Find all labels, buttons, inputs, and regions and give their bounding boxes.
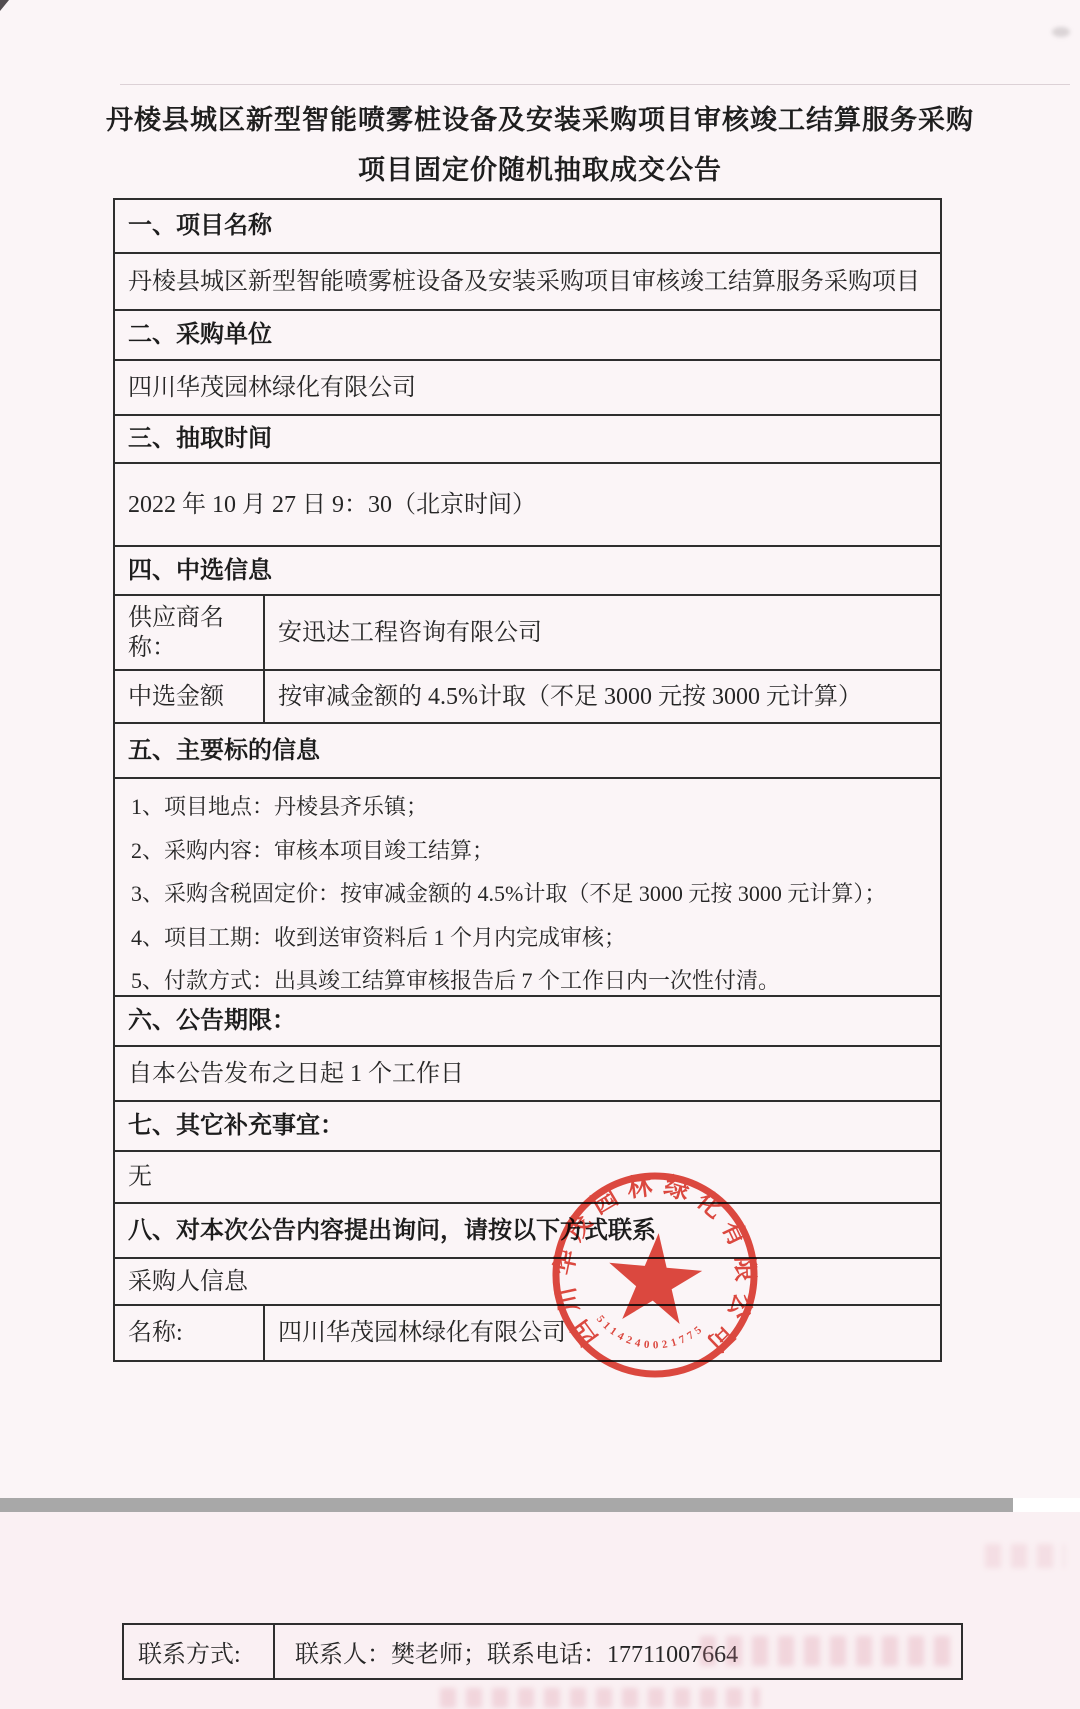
subject-item-4: 4、项目工期：收到送审资料后 1 个月内完成审核； xyxy=(131,916,926,960)
subject-item-1: 1、项目地点：丹棱县齐乐镇； xyxy=(131,785,926,829)
bleedthrough-text-row xyxy=(700,1636,950,1666)
bottom-page-strip: 联系方式: 联系人：樊老师；联系电话：17711007664 xyxy=(0,1512,1080,1709)
purchaser-name-row: 名称: 四川华茂园林绿化有限公司 xyxy=(115,1304,940,1360)
faint-scan-line xyxy=(120,84,1070,85)
main-page: 丹棱县城区新型智能喷雾桩设备及安装采购项目审核竣工结算服务采购 项目固定价随机抽… xyxy=(0,0,1080,1498)
section2-value: 四川华茂园林绿化有限公司 xyxy=(115,359,940,414)
section3-value: 2022 年 10 月 27 日 9：30（北京时间） xyxy=(115,462,940,545)
section8-heading: 八、对本次公告内容提出询问，请按以下方式联系 xyxy=(115,1202,940,1257)
amount-value: 按审减金额的 4.5%计取（不足 3000 元按 3000 元计算） xyxy=(265,682,940,712)
amount-row: 中选金额 按审减金额的 4.5%计取（不足 3000 元按 3000 元计算） xyxy=(115,669,940,722)
seal-graphic: 四川华茂园林绿化有限公司 5114240021775 xyxy=(539,1159,771,1391)
seal-star-icon xyxy=(604,1229,705,1325)
scanned-announcement-page: { "document": { "title_line1": "丹棱县城区新型智… xyxy=(0,0,1080,1709)
subject-item-3: 3、采购含税固定价：按审减金额的 4.5%计取（不足 3000 元按 3000 … xyxy=(131,872,926,916)
section7-heading: 七、其它补充事宜： xyxy=(115,1100,940,1150)
purchaser-name-label: 名称: xyxy=(115,1306,265,1360)
seal-serial-number: 5114240021775 xyxy=(592,1312,708,1356)
page-divider-band xyxy=(0,1498,1013,1512)
amount-label: 中选金额 xyxy=(115,671,265,722)
scan-smudge-artifact xyxy=(1052,27,1070,37)
svg-text:5114240021775: 5114240021775 xyxy=(592,1312,708,1356)
section6-value: 自本公告发布之日起 1 个工作日 xyxy=(115,1045,940,1100)
subject-info-list: 1、项目地点：丹棱县齐乐镇； 2、采购内容：审核本项目竣工结算； 3、采购含税固… xyxy=(115,777,940,995)
official-seal: 四川华茂园林绿化有限公司 5114240021775 xyxy=(539,1159,771,1391)
section5-heading: 五、主要标的信息 xyxy=(115,722,940,777)
contact-label: 联系方式: xyxy=(124,1625,275,1678)
section2-heading: 二、采购单位 xyxy=(115,309,940,359)
purchaser-info-label: 采购人信息 xyxy=(115,1257,940,1304)
section3-heading: 三、抽取时间 xyxy=(115,414,940,462)
subject-item-2: 2、采购内容：审核本项目竣工结算； xyxy=(131,829,926,873)
supplier-value: 安迅达工程咨询有限公司 xyxy=(265,618,940,648)
document-title-line-1: 丹棱县城区新型智能喷雾桩设备及安装采购项目审核竣工结算服务采购 xyxy=(0,98,1080,137)
document-title-line-2: 项目固定价随机抽取成交公告 xyxy=(0,148,1080,187)
section6-heading: 六、公告期限： xyxy=(115,995,940,1045)
supplier-row: 供应商名称： 安迅达工程咨询有限公司 xyxy=(115,594,940,669)
scan-corner-artifact xyxy=(0,0,9,11)
bleedthrough-text-bottom xyxy=(440,1688,760,1708)
supplier-label: 供应商名称： xyxy=(115,596,265,669)
section1-value: 丹棱县城区新型智能喷雾桩设备及安装采购项目审核竣工结算服务采购项目 xyxy=(115,252,940,309)
bleedthrough-smudge xyxy=(985,1544,1065,1568)
section4-heading: 四、中选信息 xyxy=(115,545,940,594)
announcement-table: 一、项目名称 丹棱县城区新型智能喷雾桩设备及安装采购项目审核竣工结算服务采购项目… xyxy=(113,198,942,1362)
section1-heading: 一、项目名称 xyxy=(115,200,940,252)
section7-value: 无 xyxy=(115,1150,940,1202)
